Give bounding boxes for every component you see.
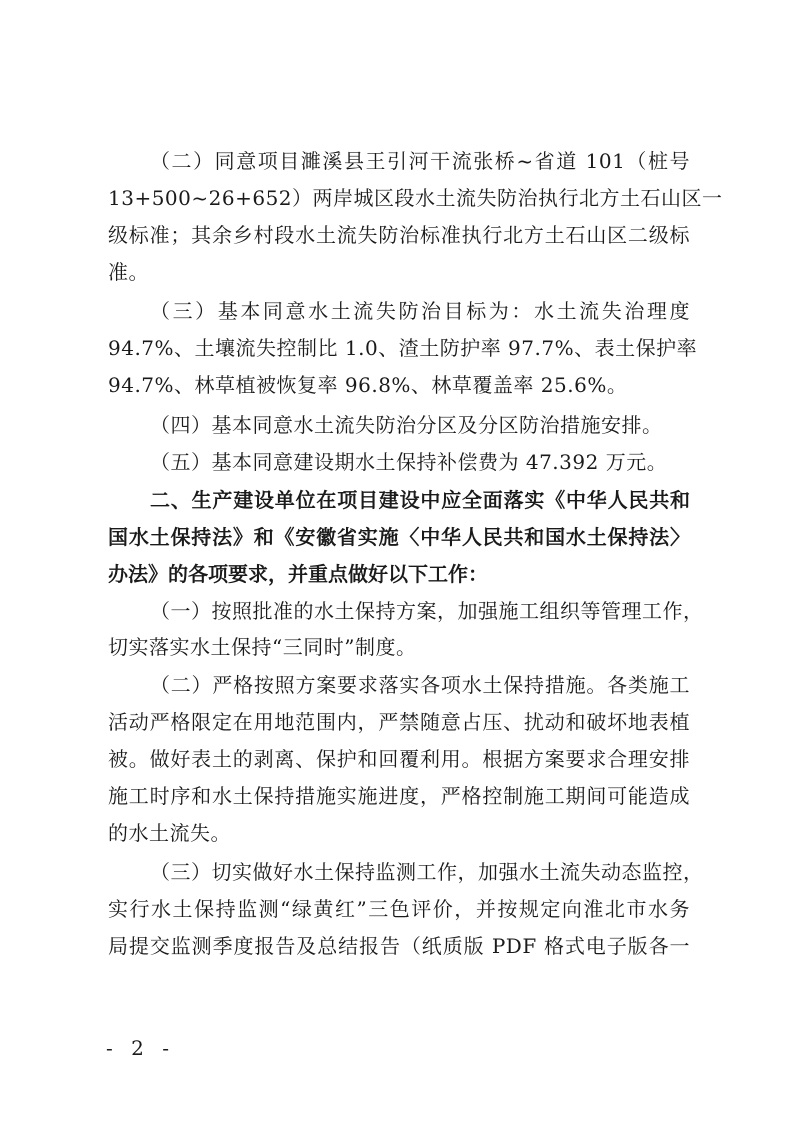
text-line: 施工时序和水土保持措施实施进度，严格控制施工期间可能造成 [108,781,690,811]
section-heading-line: 国水土保持法》和《安徽省实施〈中华人民共和国水土保持法〉 [108,522,690,552]
text-line: 准。 [108,257,149,287]
page-number: - 2 - [106,1036,175,1060]
text-line: （二）同意项目濉溪县王引河干流张桥~省道 101（桩号 [150,146,690,176]
text-line: 实行水土保持监测“绿黄红”三色评价，并按规定向淮北市水务 [108,894,690,924]
text-line: 94.7%、土壤流失控制比 1.0、渣土防护率 97.7%、表土保护率 [108,333,690,363]
text-line: 切实落实水土保持“三同时”制度。 [108,632,416,662]
document-page: （二）同意项目濉溪县王引河干流张桥~省道 101（桩号13+500~26+652… [0,0,793,1122]
text-line: 局提交监测季度报告及总结报告（纸质版 PDF 格式电子版各一 [108,931,690,961]
text-line: （二）严格按照方案要求落实各项水土保持措施。各类施工 [150,670,690,700]
text-line: 的水土流失。 [108,818,231,848]
text-line: 级标准；其余乡村段水土流失防治标准执行北方土石山区二级标 [108,220,690,250]
text-line: 13+500~26+652）两岸城区段水土流失防治执行北方土石山区一 [108,183,690,213]
text-line: 活动严格限定在用地范围内，严禁随意占压、扰动和破坏地表植 [108,707,690,737]
text-line: （一）按照批准的水土保持方案，加强施工组织等管理工作， [150,596,690,626]
text-line: （三）切实做好水土保持监测工作，加强水土流失动态监控， [150,857,690,887]
text-line: 94.7%、林草植被恢复率 96.8%、林草覆盖率 25.6%。 [108,370,627,400]
text-line: （四）基本同意水土流失防治分区及分区防治措施安排。 [150,410,663,440]
text-line: 被。做好表土的剥离、保护和回覆利用。根据方案要求合理安排 [108,744,690,774]
section-heading-line: 二、生产建设单位在项目建设中应全面落实《中华人民共和 [150,485,690,515]
section-heading-line: 办法》的各项要求，并重点做好以下工作： [108,559,488,589]
text-line: （五）基本同意建设期水土保持补偿费为 47.392 万元。 [150,447,667,477]
text-line: （三）基本同意水土流失防治目标为：水土流失治理度 [150,296,690,326]
